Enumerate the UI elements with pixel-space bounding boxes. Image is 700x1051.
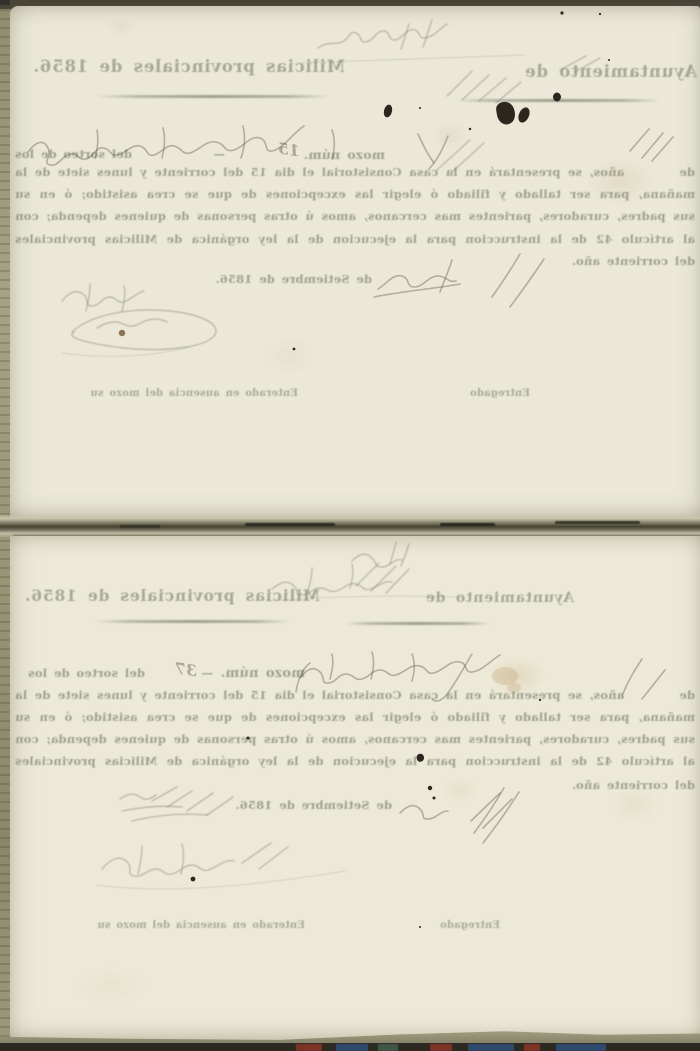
seam-dark-gap xyxy=(440,523,495,526)
mozo-number-handwritten: 15 xyxy=(277,139,302,161)
notice-line5: al artículo 42 de la instruccion para la… xyxy=(15,754,695,770)
seam-dark-gap xyxy=(555,521,640,524)
notice-line1-tail: del sorteo de los xyxy=(28,666,145,680)
notice-line5: al artículo 42 de la instruccion para la… xyxy=(15,232,695,248)
notice-line4: sus padres, curadores, parientes mas cer… xyxy=(15,209,695,225)
blank-line-dash: — xyxy=(213,147,225,161)
blue-smudge xyxy=(336,1044,368,1051)
notice-line2: deaños, se presentará en la casa Consist… xyxy=(15,165,695,181)
form-title: Milicias provinciales de 1856. xyxy=(24,586,320,605)
notice-line1-tail: del sorteo de los xyxy=(15,147,132,161)
entregado-label: Entregado xyxy=(440,920,500,931)
photo-top-edge xyxy=(25,0,700,3)
blue-smudge xyxy=(556,1044,606,1051)
seam-dark-gap xyxy=(120,525,160,528)
mozo-number-handwritten: 37 xyxy=(174,659,199,681)
notice-line3: mañana, para ser tallado y filiado ó ele… xyxy=(15,710,695,726)
page-top: Ayuntamiento de Milicias provinciales de… xyxy=(10,6,700,518)
notice-line3: mañana, para ser tallado y filiado ó ele… xyxy=(15,187,695,203)
notice-line4: sus padres, curadores, parientes mas cer… xyxy=(15,732,695,748)
scanned-ledger-page: Ayuntamiento de Milicias provinciales de… xyxy=(0,0,700,1051)
page-seam-shadow xyxy=(0,514,700,538)
mirrored-print-showthrough: Ayuntamiento de Milicias provinciales de… xyxy=(10,536,700,1040)
notice-line6: del corriente año. xyxy=(572,254,695,268)
header-rule xyxy=(95,95,330,98)
mozo-num-label: mozo núm. xyxy=(304,147,385,162)
enterado-label: Enterado en ausencia del mozo su xyxy=(97,920,305,931)
red-smudge xyxy=(296,1044,322,1051)
red-smudge xyxy=(524,1044,540,1051)
mirrored-print-showthrough: Ayuntamiento de Milicias provinciales de… xyxy=(10,6,700,518)
entregado-label: Entregado xyxy=(470,388,530,399)
line2-rest: años, se presentará en la casa Consistor… xyxy=(15,688,624,702)
notice-line2: deaños, se presentará en la casa Consist… xyxy=(15,688,695,704)
line2-lead: de xyxy=(679,165,695,179)
green-smudge xyxy=(378,1044,398,1051)
mozo-num-label: mozo núm. xyxy=(221,666,306,681)
notice-line6: del corriente año. xyxy=(572,778,695,792)
form-title: Milicias provinciales de 1856. xyxy=(33,57,345,76)
header-rule xyxy=(455,99,660,102)
red-smudge xyxy=(430,1044,452,1051)
seam-dark-gap xyxy=(245,523,335,526)
line2-rest: años, se presentará en la casa Consistor… xyxy=(15,165,624,179)
municipality-label: Ayuntamiento de xyxy=(524,62,697,81)
date-line: de Setiembre de 1856. xyxy=(215,272,372,286)
blue-smudge xyxy=(468,1044,514,1051)
header-rule xyxy=(345,622,490,625)
date-line: de Setiembre de 1856. xyxy=(235,798,392,812)
page-bottom: Ayuntamiento de Milicias provinciales de… xyxy=(10,536,700,1040)
blank-line-dash: — xyxy=(201,666,213,680)
municipality-label: Ayuntamiento de xyxy=(425,590,574,606)
enterado-label: Enterado en ausencia del mozo su xyxy=(90,388,298,399)
header-rule xyxy=(95,620,290,623)
line2-lead: de xyxy=(679,688,695,702)
